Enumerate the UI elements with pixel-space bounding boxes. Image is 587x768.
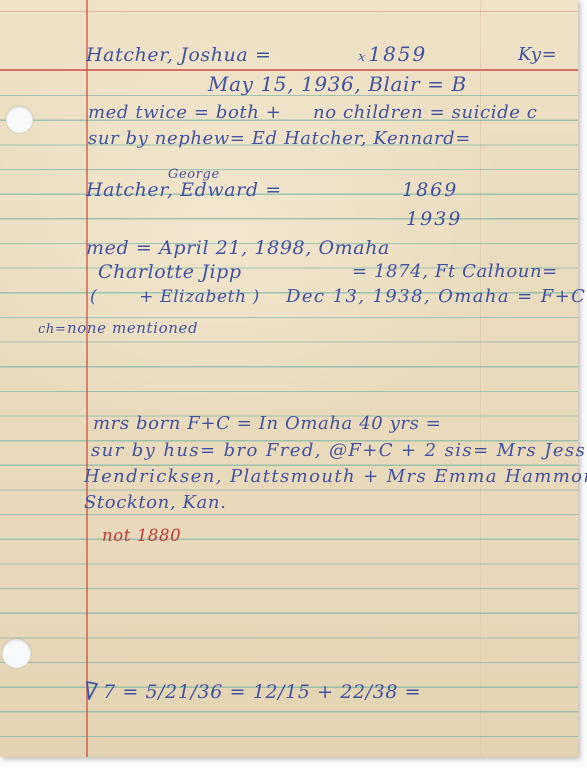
scanned-page: Hatcher, Joshua = x1859 Ky= May 15, 1936… <box>0 0 587 768</box>
entry2-marriage-line: med = April 21, 1898, Omaha <box>86 239 390 259</box>
entry1-birth-year: 1859 <box>368 42 427 66</box>
footer-citation-text: 7 = 5/21/36 = 12/15 + 22/38 = <box>103 681 421 703</box>
entry2-spouse-name: Charlotte Jipp <box>98 263 242 283</box>
entry2-children-value: none mentioned <box>67 321 198 337</box>
footer-citation-line: 7 = 5/21/36 = 12/15 + 22/38 = <box>84 680 421 706</box>
entry2-notes-line1: mrs born F+C = In Omaha 40 yrs = <box>93 415 441 434</box>
year-strike-mark: x <box>357 50 368 65</box>
entry1-name: Hatcher, Joshua = <box>86 46 272 66</box>
entry2-notes-line4: Stockton, Kan. <box>84 494 226 513</box>
entry1-notes-line1: med twice = both + no children = suicide… <box>88 104 537 123</box>
entry2-children-label: ch= <box>38 323 66 337</box>
entry2-birth-year: 1869 <box>402 181 458 201</box>
entry1-death-line: May 15, 1936, Blair = B <box>208 74 467 95</box>
entry2-spouse-death: Dec 13, 1938, Omaha = F+C <box>286 288 586 307</box>
entry2-death-year: 1939 <box>406 210 462 230</box>
entry1-birth-year-group: x1859 <box>358 44 427 65</box>
ruled-paper: Hatcher, Joshua = x1859 Ky= May 15, 1936… <box>0 0 578 757</box>
entry1-notes-line2: sur by nephew= Ed Hatcher, Kennard= <box>88 130 471 149</box>
pennant-flag-icon <box>84 680 99 706</box>
entry2-notes-line2: sur by hus= bro Fred, @F+C + 2 sis= Mrs … <box>91 442 587 461</box>
entry2-spouse-birth: = 1874, Ft Calhoun= <box>352 263 558 282</box>
entry2-name: Hatcher, Edward = <box>86 181 282 201</box>
hole-punch-bottom <box>2 639 31 668</box>
entry1-state: Ky= <box>518 46 557 65</box>
hole-punch-top <box>6 106 33 133</box>
entry2-correction-note: not 1880 <box>102 527 181 544</box>
entry2-notes-line3: Hendricksen, Plattsmouth + Mrs Emma Hamm… <box>84 468 587 487</box>
entry2-spouse-alt-name: ( + Elizabeth ) <box>90 289 260 307</box>
